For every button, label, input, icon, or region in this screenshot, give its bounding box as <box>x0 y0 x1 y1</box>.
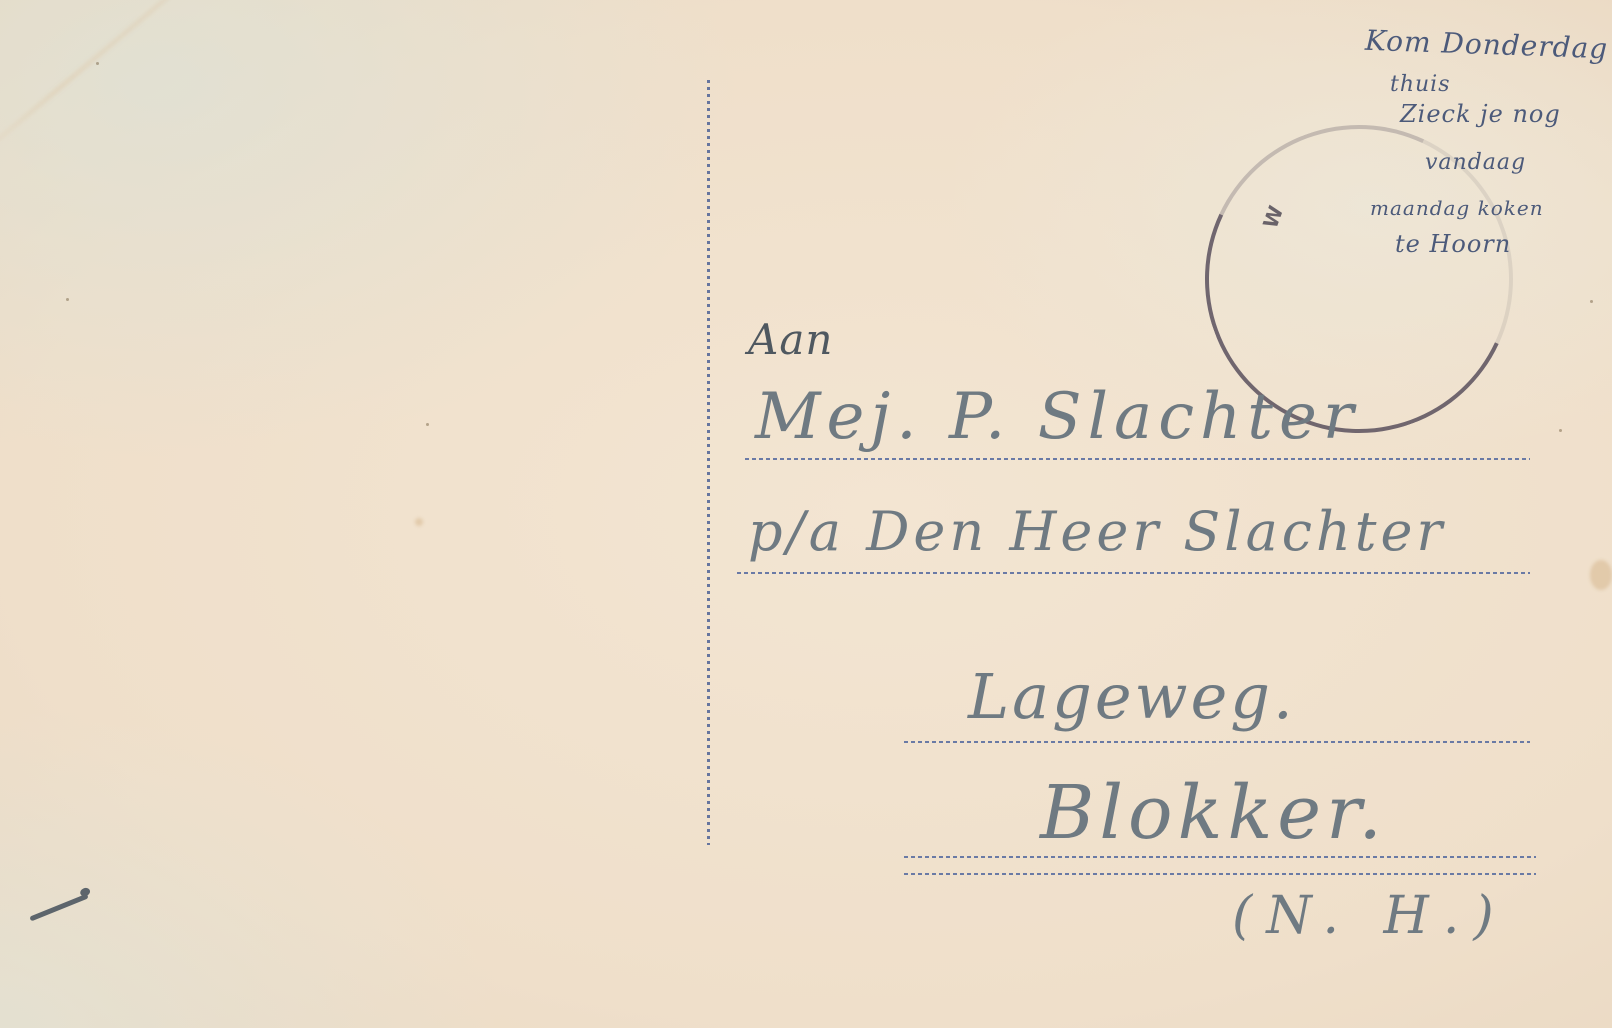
address-line-4b <box>904 873 1536 875</box>
stain-diagonal <box>0 0 283 173</box>
foxing-dot <box>426 423 429 426</box>
foxing-dot <box>1559 429 1562 432</box>
address-line-1 <box>745 458 1530 460</box>
stain-spot <box>1590 560 1612 590</box>
address-recipient: Mej. P. Slachter <box>755 380 1359 454</box>
address-city: Blokker. <box>1040 770 1387 856</box>
address-prefix: Aan <box>748 315 833 364</box>
note-line: vandaag <box>1425 150 1526 175</box>
foxing-dot <box>96 62 99 65</box>
address-line-3 <box>904 741 1530 743</box>
center-divider-line <box>707 80 710 845</box>
stain-spot <box>415 518 423 526</box>
note-line: Kom Donderdag <box>1364 24 1608 65</box>
note-line: thuis <box>1390 72 1451 97</box>
note-line: maandag koken <box>1370 196 1544 220</box>
address-line-2 <box>737 572 1530 574</box>
address-street: Lageweg. <box>968 660 1296 733</box>
address-care-of: p/a Den Heer Slachter <box>748 500 1446 563</box>
note-line: te Hoorn <box>1395 230 1511 258</box>
foxing-dot <box>1590 300 1593 303</box>
corner-pencil-mark <box>29 894 88 922</box>
foxing-dot <box>66 298 69 301</box>
address-line-4a <box>904 856 1536 858</box>
postcard-back: W Kom Donderdag thuis Zieck je nog vanda… <box>0 0 1612 1028</box>
address-region: (N. H.) <box>1232 886 1508 946</box>
note-line: Zieck je nog <box>1400 100 1561 128</box>
